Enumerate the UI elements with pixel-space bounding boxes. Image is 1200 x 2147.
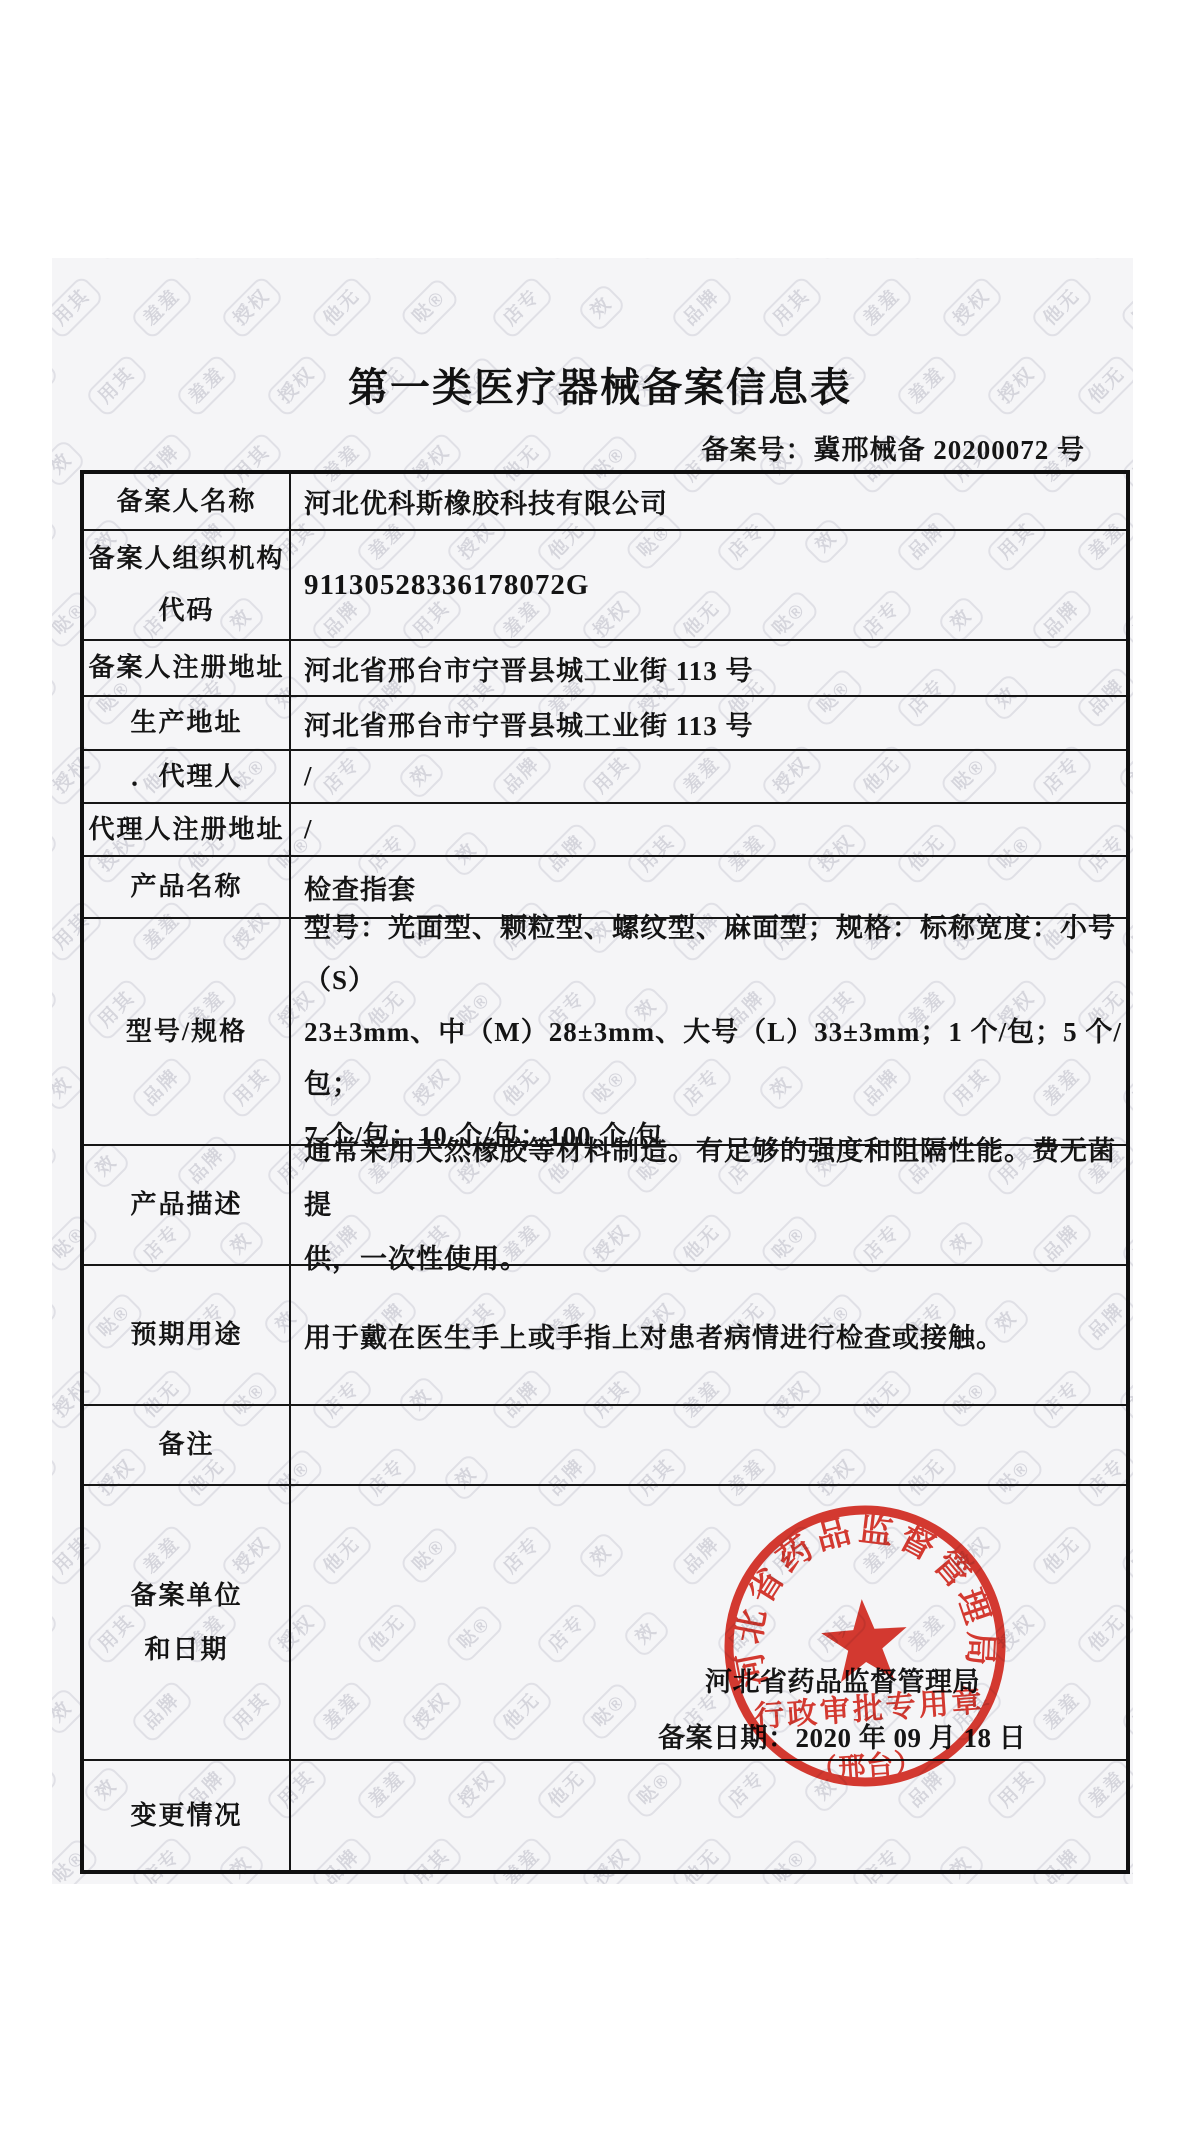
seal-line-text: 行政审批专用章 <box>753 1684 986 1734</box>
table-row-model-spec: 型号/规格 型号：光面型、颗粒型、螺纹型、麻面型；规格：标称宽度：小号（S）23… <box>84 919 1126 1146</box>
watermark-text: 他无 <box>52 665 60 731</box>
watermark-text: 他无 <box>309 275 375 341</box>
text-line: 型号/规格 <box>126 1006 247 1058</box>
watermark-text: 用其 <box>624 258 690 262</box>
row-label: 预期用途 <box>84 1266 291 1404</box>
row-label: 备案人注册地址 <box>84 641 291 695</box>
row-label: 备案人组织机构代码 <box>84 531 291 639</box>
watermark-text: 用其 <box>759 275 825 341</box>
row-value: / <box>291 751 1126 802</box>
official-seal-stamp: 河北省药品监督管理局 行政审批专用章 （邢台） <box>715 1482 1015 1812</box>
text-line: ．代理人 <box>130 751 242 803</box>
watermark-text: 他无 <box>894 258 960 262</box>
watermark-text: 授权 <box>804 258 870 262</box>
row-value: 用于戴在医生手上或手指上对患者病情进行检查或接触。 <box>291 1266 1126 1404</box>
text-line: 用于戴在医生手上或手指上对患者病情进行检查或接触。 <box>304 1316 1126 1355</box>
watermark-text: 店专 <box>1074 258 1133 262</box>
table-row-agent: ．代理人 / <box>84 751 1126 804</box>
watermark-text: 羞羞 <box>849 275 915 341</box>
watermark-text: 哒® <box>1118 276 1133 338</box>
row-value: 河北省邢台市宁晋县城工业街 113 号 <box>291 697 1126 749</box>
watermark-text: 店专 <box>52 509 60 575</box>
text-line: 河北省邢台市宁晋县城工业街 113 号 <box>304 704 1126 743</box>
watermark-text: 店专 <box>52 1133 60 1199</box>
text-line: 备案人名称 <box>116 476 256 528</box>
table-row-product-description: 产品描述 通常采用天然橡胶等材料制造。有足够的强度和阻隔性能。费无菌提供，一次性… <box>84 1146 1126 1266</box>
watermark-text: 品牌 <box>669 275 735 341</box>
watermark-text: 店专 <box>489 275 555 341</box>
watermark-text: 哒® <box>263 258 325 261</box>
row-label: 备案单位和日期 <box>84 1486 291 1759</box>
text-line: 生产地址 <box>130 697 242 749</box>
watermark-text: 店专 <box>52 1757 60 1823</box>
text-line: 预期用途 <box>130 1309 242 1361</box>
row-label: 代理人注册地址 <box>84 804 291 855</box>
row-value: 河北优科斯橡胶科技有限公司 <box>291 474 1126 529</box>
table-row-applicant-name: 备案人名称 河北优科斯橡胶科技有限公司 <box>84 474 1126 531</box>
row-label: ．代理人 <box>84 751 291 802</box>
text-line: 备案人组织机构 <box>88 533 284 585</box>
row-value: 河北省邢台市宁晋县城工业街 113 号 <box>291 641 1126 695</box>
table-row-remarks: 备注 <box>84 1406 1126 1486</box>
registration-number: 备案号：冀邢械备 20200072 号 <box>702 428 1086 467</box>
watermark-text: 羞羞 <box>52 821 60 887</box>
watermark-text: 羞羞 <box>52 1445 60 1511</box>
watermark-text: 他无 <box>52 1289 60 1355</box>
text-line: 91130528336178072G <box>304 569 1126 602</box>
text-line: 备注 <box>158 1419 214 1471</box>
row-value: 91130528336178072G <box>291 531 1126 639</box>
text-line: 产品名称 <box>130 861 242 913</box>
watermark-text: 品牌 <box>52 1601 60 1667</box>
table-row-production-address: 生产地址 河北省邢台市宁晋县城工业街 113 号 <box>84 697 1126 751</box>
watermark-text: 授权 <box>939 275 1005 341</box>
document-page: 羞羞授权他无哒®店专效品牌用其羞羞授权他无哒®店专效用其羞羞授权他无哒®店专效品… <box>0 0 1200 2147</box>
watermark-text: 效 <box>576 282 627 333</box>
row-value: 通常采用天然橡胶等材料制造。有足够的强度和阻隔性能。费无菌提供，一次性使用。 <box>291 1146 1126 1264</box>
row-label: 产品描述 <box>84 1146 291 1264</box>
watermark-text: 羞羞 <box>714 258 780 262</box>
row-label: 型号/规格 <box>84 919 291 1144</box>
table-row-agent-address: 代理人注册地址 / <box>84 804 1126 857</box>
watermark-text: 羞羞 <box>129 275 195 341</box>
table-row-org-code: 备案人组织机构代码 91130528336178072G <box>84 531 1126 641</box>
watermark-text: 哒® <box>983 258 1045 261</box>
text-line: 产品描述 <box>130 1179 242 1231</box>
text-line: 代码 <box>158 585 214 637</box>
text-line: 变更情况 <box>130 1790 242 1842</box>
page-title: 第一类医疗器械备案信息表 <box>0 356 1200 413</box>
text-line: 通常采用天然橡胶等材料制造。有足够的强度和阻隔性能。费无菌提 <box>304 1124 1126 1232</box>
watermark-text: 羞羞 <box>52 258 60 262</box>
text-line: 型号：光面型、颗粒型、螺纹型、麻面型；规格：标称宽度：小号（S） <box>304 902 1126 1006</box>
watermark-text: 店专 <box>354 258 420 262</box>
row-value <box>291 1406 1126 1484</box>
row-value: 型号：光面型、颗粒型、螺纹型、麻面型；规格：标称宽度：小号（S）23±3mm、中… <box>291 919 1126 1144</box>
watermark-text: 用其 <box>52 275 105 341</box>
watermark-text: 授权 <box>84 258 150 262</box>
row-label: 变更情况 <box>84 1761 291 1870</box>
seal-star-icon <box>819 1596 910 1683</box>
watermark-text: 品牌 <box>52 977 60 1043</box>
text-line: 代理人注册地址 <box>88 804 284 856</box>
row-label: 生产地址 <box>84 697 291 749</box>
text-line: / <box>304 761 1126 792</box>
watermark-text: 授权 <box>219 275 285 341</box>
watermark-text: 品牌 <box>534 258 600 262</box>
watermark-text: 他无 <box>174 258 240 262</box>
text-line: 河北省邢台市宁晋县城工业街 113 号 <box>304 649 1126 688</box>
text-line: 23±3mm、中（M）28±3mm、大号（L）33±3mm；1 个/包；5 个/… <box>304 1006 1126 1110</box>
watermark-text: 他无 <box>1029 275 1095 341</box>
row-label: 备案人名称 <box>84 474 291 529</box>
row-label: 产品名称 <box>84 857 291 917</box>
row-value: / <box>291 804 1126 855</box>
text-line: / <box>304 814 1126 845</box>
text-line: 备案人注册地址 <box>88 642 284 694</box>
text-line: 河北优科斯橡胶科技有限公司 <box>304 482 1126 521</box>
row-label: 备注 <box>84 1406 291 1484</box>
table-row-registered-address: 备案人注册地址 河北省邢台市宁晋县城工业街 113 号 <box>84 641 1126 697</box>
text-line: 和日期 <box>144 1623 228 1677</box>
text-line: 备案单位 <box>130 1569 242 1623</box>
table-row-intended-use: 预期用途 用于戴在医生手上或手指上对患者病情进行检查或接触。 <box>84 1266 1126 1406</box>
watermark-text: 哒® <box>398 276 460 338</box>
